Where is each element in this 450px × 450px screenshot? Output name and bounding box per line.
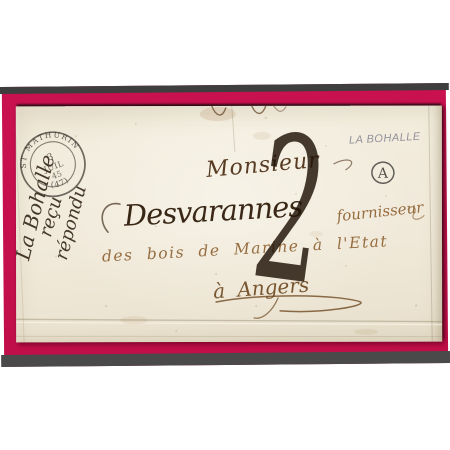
circled-a-mark: A <box>368 158 398 188</box>
cover-photo: La Bohalle reçu répondu ST MATHURIN (47)… <box>2 83 448 367</box>
circled-a-letter: A <box>377 166 389 182</box>
photo-edge-bottom <box>1 351 450 367</box>
letter-cover: La Bohalle reçu répondu ST MATHURIN (47)… <box>16 106 442 343</box>
photo-edge-top <box>0 83 449 94</box>
